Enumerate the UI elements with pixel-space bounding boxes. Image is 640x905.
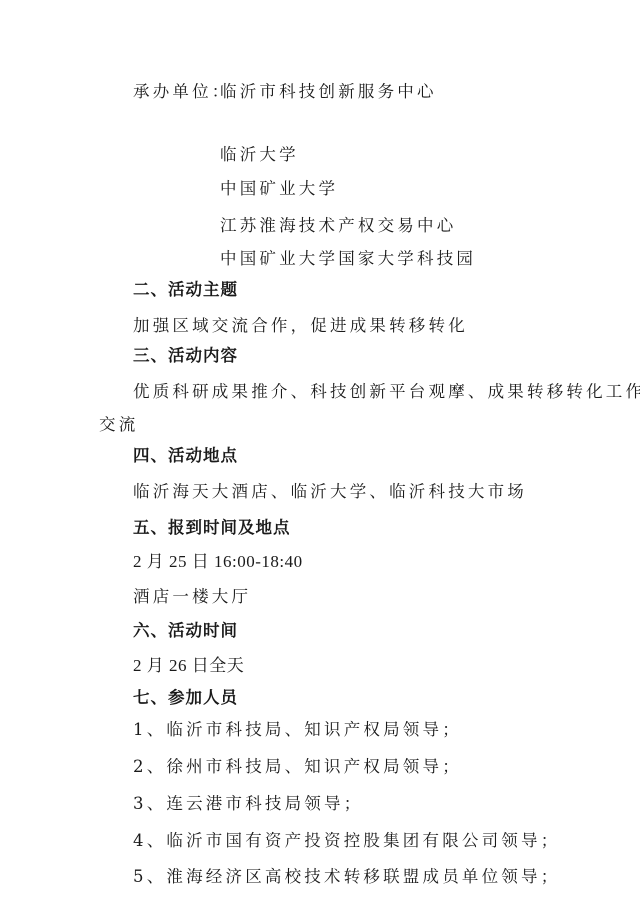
organizer-item: 中国矿业大学 xyxy=(220,179,338,199)
organizer-item: 江苏淮海技术产权交易中心 xyxy=(220,216,456,236)
registration-place: 酒店一楼大厅 xyxy=(133,587,251,607)
participant-item: 3、连云港市科技局领导； xyxy=(133,794,363,814)
participant-item: 1、临沂市科技局、知识产权局领导； xyxy=(133,720,462,740)
organizer-item: 临沂大学 xyxy=(220,145,299,165)
section-body-content: 优质科研成果推介、科技创新平台观摩、成果转移转化工作 xyxy=(133,382,640,402)
organizer-item: 临沂市科技创新服务中心 xyxy=(220,82,437,102)
participant-item: 2、徐州市科技局、知识产权局领导； xyxy=(133,757,462,777)
section-heading-schedule: 六、活动时间 xyxy=(133,621,238,641)
section-heading-content: 三、活动内容 xyxy=(133,346,238,366)
schedule-body: 2 月 26 日全天 xyxy=(133,656,244,676)
organizer-item: 中国矿业大学国家大学科技园 xyxy=(220,249,476,269)
section-body-location: 临沂海天大酒店、临沂大学、临沂科技大市场 xyxy=(133,482,527,502)
participant-item: 4、临沂市国有资产投资控股集团有限公司领导； xyxy=(133,831,560,851)
registration-time: 2 月 25 日 16:00-18:40 xyxy=(133,552,303,572)
section-heading-registration: 五、报到时间及地点 xyxy=(133,518,291,538)
organizers-label: 承办单位： xyxy=(133,82,232,102)
section-heading-theme: 二、活动主题 xyxy=(133,280,238,300)
section-body-theme: 加强区域交流合作，促进成果转移转化 xyxy=(133,316,468,336)
section-heading-location: 四、活动地点 xyxy=(133,446,238,466)
section-heading-participants: 七、参加人员 xyxy=(133,688,238,708)
participant-item: 5、淮海经济区高校技术转移联盟成员单位领导； xyxy=(133,867,560,887)
section-body-content-cont: 交流 xyxy=(99,415,138,435)
